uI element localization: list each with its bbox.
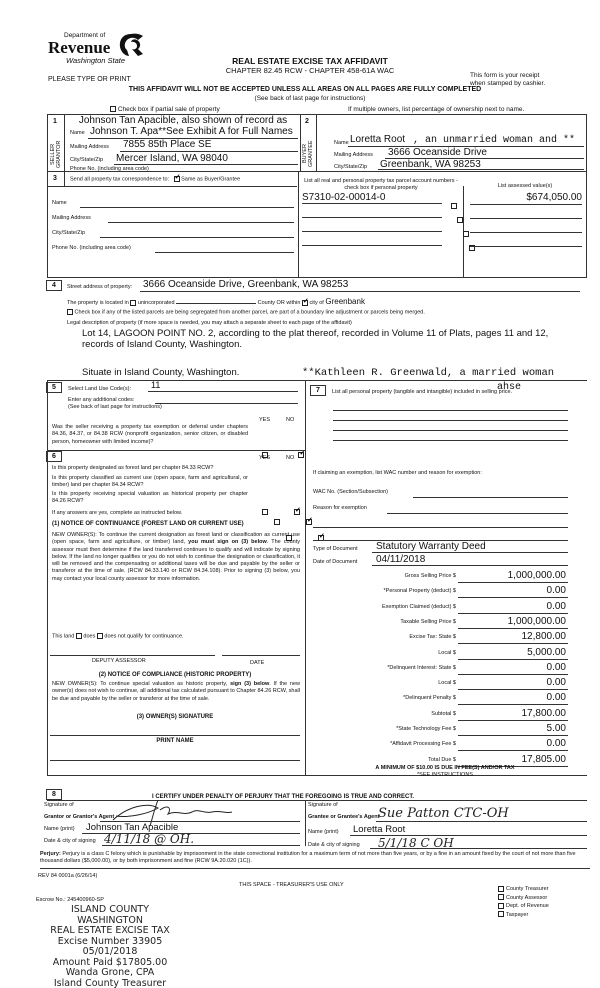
amount-label: *Delinquent Interest: State $ [310, 665, 456, 671]
amount-underline [458, 628, 568, 629]
personal-property-line-3[interactable] [333, 430, 568, 431]
amount-label: *Affidavit Processing Fee $ [310, 741, 456, 747]
additional-codes-label: Enter any additional codes: [68, 397, 134, 403]
continuance-row: This land does does not qualify for cont… [52, 633, 184, 639]
additional-codes-field[interactable] [155, 403, 298, 404]
form-revision: REV 84 0001a (6/26/14) [38, 873, 97, 879]
assessed-value-field[interactable]: $674,050.00 [470, 192, 582, 203]
form-subtitle: CHAPTER 82.45 RCW - CHAPTER 458-61A WAC [190, 66, 430, 75]
legal-description-label: Legal description of property (if more s… [67, 320, 352, 326]
seller-name-line1[interactable]: Johnson Tan Apacible, also shown of reco… [68, 115, 298, 126]
correspondence-phone-label: Phone No. (including area code) [52, 245, 131, 251]
segregated-row: Check box if any of the listed parcels a… [67, 309, 425, 315]
exemption-question: Was the seller receiving a property tax … [52, 424, 248, 446]
yes-header-5: YES [259, 417, 270, 423]
buyer-name-field[interactable]: Loretta Root [350, 134, 405, 145]
deputy-assessor-label: DEPUTY ASSESSOR [92, 658, 146, 664]
doc-type-label: Type of Document [313, 546, 358, 552]
grantee-signature[interactable]: Sue Patton CTC-OH [378, 806, 509, 821]
section-6-question: Is this property receiving special valua… [52, 491, 248, 506]
parcel-number-underline [302, 217, 442, 218]
correspondence-mailing-label: Mailing Address [52, 215, 91, 221]
correspondence-city-field[interactable] [100, 237, 294, 238]
amount-underline [458, 735, 568, 736]
seller-mailing-field[interactable]: 7855 85th Place SE [123, 139, 211, 150]
divider [298, 172, 299, 278]
see-back-note: (See back of last page for instructions) [190, 95, 430, 102]
buyer-grantee-label: BUYER GRANTEE [302, 140, 314, 168]
grantor-date-underline [102, 845, 300, 846]
street-underline [140, 291, 580, 292]
assessed-value-underline [470, 246, 582, 247]
buyer-name-label: Name [334, 140, 349, 146]
doc-type-underline [372, 552, 568, 553]
doc-date-label: Date of Document [313, 559, 357, 565]
parcel-number-underline [302, 231, 442, 232]
divider [40, 868, 590, 869]
seller-name-line2[interactable]: Johnson T. Apa**See Exhibit A for Full N… [90, 126, 293, 137]
personal-property-checkbox[interactable] [451, 203, 457, 209]
amount-label: *Personal Property (deduct) $ [310, 588, 456, 594]
grantor-sig-label-2: Grantor or Grantor's Agent [44, 814, 114, 820]
amount-underline [458, 720, 568, 721]
divider [64, 172, 65, 186]
copy-option: Taxpayer [498, 911, 549, 920]
stamp-line: Wanda Grone, CPA [40, 968, 180, 979]
seller-mailing-underline [120, 151, 298, 152]
copy-label: Dept. of Revenue [506, 903, 549, 909]
amount-underline [458, 674, 568, 675]
buyer-mailing-label: Mailing Address [334, 152, 373, 158]
amount-label: *Delinquent Penalty $ [310, 695, 456, 701]
copy-label: Taxpayer [506, 912, 528, 918]
doc-date-underline [372, 565, 568, 566]
print-name-field[interactable] [50, 760, 300, 761]
copy-label: County Treasurer [506, 886, 549, 892]
personal-property-line-4[interactable] [333, 440, 568, 441]
land-use-label: Select Land Use Code(s): [68, 386, 131, 392]
assessor-date-field[interactable] [222, 655, 300, 656]
copy-option: County Assessor [498, 894, 549, 903]
legal-line-2[interactable]: records of Island County, Washington. [82, 339, 242, 350]
additional-codes-note: (See back of last page for instructions) [68, 404, 162, 410]
located-row: The property is located in unincorporate… [67, 297, 365, 306]
divider [305, 800, 306, 846]
owner-signature-field[interactable] [50, 735, 300, 736]
seller-grantor-label: SELLER GRANTOR [50, 140, 62, 168]
parcel-list: S7310-02-00014-0$674,050.00 [0, 0, 600, 18]
amount-underline [458, 689, 568, 690]
no-header-6: NO [286, 455, 294, 461]
buyer-city-label: City/State/Zip [334, 164, 367, 170]
situate-line[interactable]: Situate in Island County, Washington. [82, 367, 239, 378]
amount-underline [458, 659, 568, 660]
deputy-assessor-signature[interactable] [50, 655, 215, 656]
amount-value[interactable]: 17,805.00 [460, 754, 566, 765]
reason-label: Reason for exemption [313, 505, 367, 511]
copy-option: County Treasurer [498, 885, 549, 894]
warning-banner: THIS AFFIDAVIT WILL NOT BE ACCEPTED UNLE… [90, 86, 520, 93]
wac-field[interactable] [413, 497, 568, 498]
grantor-date-field[interactable]: 4/11/18 @ OH. [104, 832, 194, 846]
stamp-line: Island County Treasurer [40, 979, 180, 988]
buyer-mailing-field[interactable]: 3666 Oceanside Drive [388, 147, 487, 158]
buyer-city-underline [378, 169, 584, 170]
seller-city-field[interactable]: Mercer Island, WA 98040 [116, 153, 228, 164]
amount-value[interactable]: 5.00 [460, 723, 566, 734]
notice-1-title: (1) NOTICE OF CONTINUANCE (FOREST LAND O… [52, 521, 244, 527]
correspondence-name-field[interactable] [80, 207, 294, 208]
unincorporated-checkbox[interactable] [130, 300, 136, 306]
divider [47, 380, 48, 775]
see-instructions: *SEE INSTRUCTIONS [305, 772, 585, 778]
amount-value[interactable]: 0.00 [460, 601, 566, 612]
divider [300, 114, 301, 172]
grantee-name-label: Name (print) [308, 829, 339, 835]
assessed-value-underline [470, 218, 582, 219]
escrow-row: Escrow No.: 245400960-SP [36, 897, 104, 903]
personal-property-line-1[interactable] [333, 410, 568, 411]
question-yes-checkbox[interactable] [262, 509, 268, 515]
question-no-checkbox[interactable] [294, 509, 300, 515]
amount-label: Total Due $ [310, 757, 456, 763]
owner-signature-label: (3) OWNER(S) SIGNATURE [50, 714, 300, 720]
notice-2-text: NEW OWNER(S): To continue special valuat… [52, 681, 300, 703]
grantor-date-label: Date & city of signing [44, 838, 96, 844]
personal-property-label: List all personal property (tangible and… [332, 389, 512, 395]
assessed-value-underline [470, 204, 582, 205]
parcel-number-underline [302, 203, 442, 204]
seller-name-label: Name [70, 130, 85, 136]
copy-checkbox[interactable] [498, 894, 504, 900]
segregated-checkbox[interactable] [67, 309, 73, 315]
amount-value[interactable]: 1,000,000.00 [460, 616, 566, 627]
amount-value[interactable]: 12,800.00 [460, 631, 566, 642]
amount-value[interactable]: 0.00 [460, 692, 566, 703]
copy-distribution: County TreasurerCounty AssessorDept. of … [498, 885, 549, 919]
personal-property-checkbox[interactable] [463, 231, 469, 237]
stamp-line: REAL ESTATE EXCISE TAX [40, 926, 180, 937]
correspondence-phone-field[interactable] [155, 252, 294, 253]
divider [305, 380, 306, 775]
section-2-number: 2 [305, 118, 309, 125]
amount-label: Excise Tax: State $ [310, 634, 456, 640]
doc-type-field[interactable]: Statutory Warranty Deed [376, 541, 486, 552]
doc-date-field[interactable]: 04/11/2018 [376, 554, 425, 565]
seller-mailing-label: Mailing Address [70, 144, 109, 150]
notice-1-text: NEW OWNER(S): To continue the current de… [52, 532, 300, 583]
perjury-notice: Perjury: Perjury is a class C felony whi… [40, 851, 590, 865]
treasurer-use: THIS SPACE - TREASURER'S USE ONLY [239, 882, 344, 888]
seller-city-underline [114, 164, 298, 165]
land-use-field[interactable]: 11 [151, 380, 160, 390]
partial-sale: Check box if partial sale of property [110, 106, 220, 113]
reason-field[interactable] [387, 513, 568, 514]
reason-field-line-2[interactable] [313, 527, 568, 528]
amount-underline [458, 613, 568, 614]
parcel-header: List all real and personal property tax … [300, 178, 462, 191]
amount-underline [458, 582, 568, 583]
seller-city-label: City/State/Zip [70, 157, 103, 163]
section-8-number: 8 [46, 789, 62, 800]
treasurer-stamp: ISLAND COUNTY WASHINGTONREAL ESTATE EXCI… [40, 905, 180, 988]
stamp-line: ISLAND COUNTY WASHINGTON [40, 905, 180, 926]
question-yes-checkbox[interactable] [274, 519, 280, 525]
exemption-intro: If claiming an exemption, list WAC numbe… [313, 470, 482, 476]
grantee-date-underline [370, 848, 587, 849]
assessed-value-underline [470, 232, 582, 233]
copy-label: County Assessor [506, 895, 547, 901]
section-3-number: 3 [53, 175, 57, 182]
amount-value[interactable]: 0.00 [460, 738, 566, 749]
no-header-5: NO [286, 417, 294, 423]
land-use-underline [148, 391, 298, 392]
stamp-line: 05/01/2018 [40, 947, 180, 958]
typed-overlap: ahse [497, 382, 521, 393]
amount-label: Subtotal $ [310, 711, 456, 717]
section-7-number: 7 [310, 385, 326, 396]
divider [64, 114, 65, 172]
question-no-checkbox[interactable] [306, 519, 312, 525]
personal-property-line-2[interactable] [333, 420, 568, 421]
amount-underline [458, 750, 568, 751]
amount-underline [458, 643, 568, 644]
typed-addendum: **Kathleen R. Greenwald, a married woman [302, 367, 554, 379]
section-6-question: Is this property classified as current u… [52, 475, 248, 490]
section-1-number: 1 [53, 118, 57, 125]
section-4-number: 4 [46, 280, 62, 291]
does-not-qualify-checkbox[interactable] [97, 633, 103, 639]
correspondence-name-label: Name [52, 200, 67, 206]
amount-value[interactable]: 5,000.00 [460, 647, 566, 658]
grantee-sig-label-1: Signature of [308, 802, 338, 808]
copy-checkbox[interactable] [498, 886, 504, 892]
amount-label: Local $ [310, 650, 456, 656]
copy-option: Dept. of Revenue [498, 902, 549, 911]
buyer-name-typed: , an unmarried woman and ** [413, 135, 575, 146]
amount-value[interactable]: 0.00 [460, 677, 566, 688]
amount-label: Local $ [310, 680, 456, 686]
section-6-number: 6 [46, 451, 62, 462]
city-field[interactable]: Greenbank [325, 297, 365, 306]
amount-label: Gross Selling Price $ [310, 573, 456, 579]
if-yes-note: If any answers are yes, complete as inst… [52, 510, 182, 516]
parcel-number-field[interactable]: S7310-02-00014-0 [302, 192, 385, 203]
section-6-question: Is this property designated as forest la… [52, 465, 248, 472]
correspondence-city-label: City/State/Zip [52, 230, 85, 236]
divider [316, 114, 317, 172]
amount-label: Taxable Selling Price $ [310, 619, 456, 625]
amount-value[interactable]: 1,000,000.00 [460, 570, 566, 581]
grantor-name-label: Name (print) [44, 826, 75, 832]
amount-underline [458, 704, 568, 705]
divider [47, 450, 305, 451]
amount-value[interactable]: 0.00 [460, 662, 566, 673]
wac-label: WAC No. (Section/Subsection) [313, 489, 388, 495]
minimum-note: A MINIMUM OF $10.00 IS DUE IN FEE(S) AND… [305, 765, 585, 771]
grantee-name-field[interactable]: Loretta Root [353, 824, 405, 835]
legal-line-1[interactable]: Lot 14, LAGOON POINT NO. 2, according to… [82, 328, 548, 339]
form-title: REAL ESTATE EXCISE TAX AFFIDAVIT [190, 56, 430, 66]
multiple-owners-note: If multiple owners, list percentage of o… [348, 106, 524, 113]
yes-header-6: YES [259, 455, 270, 461]
correspondence-mailing-field[interactable] [108, 222, 294, 223]
revenue-logo: Department of Revenue Washington State [40, 30, 150, 80]
copy-checkbox[interactable] [498, 903, 504, 909]
exemption-no-checkbox[interactable] [298, 452, 304, 458]
does-qualify-checkbox[interactable] [76, 633, 82, 639]
receipt-note-1: This form is your receipt [470, 72, 539, 79]
amount-label: *State Technology Fee $ [310, 726, 456, 732]
assessor-date-label: DATE [250, 660, 264, 666]
section-5-number: 5 [46, 382, 62, 393]
revenue-swirl-icon [117, 32, 145, 58]
grantee-signature-line [376, 821, 587, 822]
grantor-sig-label-1: Signature of [44, 802, 74, 808]
same-as-buyer-checkbox[interactable] [174, 176, 180, 182]
print-name-label: PRINT NAME [50, 738, 300, 744]
please-type: PLEASE TYPE OR PRINT [48, 76, 131, 83]
send-correspondence: Send all property tax correspondence to:… [70, 176, 240, 182]
personal-property-checkbox[interactable] [457, 217, 463, 223]
notice-2-title: (2) NOTICE OF COMPLIANCE (HISTORIC PROPE… [50, 672, 300, 678]
amount-underline [458, 597, 568, 598]
divider [47, 186, 297, 187]
divider [47, 380, 587, 381]
city-checkbox[interactable] [302, 300, 308, 306]
street-field[interactable]: 3666 Oceanside Drive, Greenbank, WA 9825… [143, 279, 348, 290]
partial-sale-checkbox[interactable] [110, 106, 116, 112]
logo-revenue: Revenue [48, 38, 110, 58]
amount-value[interactable]: 0.00 [460, 585, 566, 596]
amount-value[interactable]: 17,800.00 [460, 708, 566, 719]
street-label: Street address of property: [67, 284, 132, 290]
county-field[interactable] [176, 303, 256, 304]
parcel-number-underline [302, 245, 442, 246]
amount-label: Exemption Claimed (deduct) $ [310, 604, 456, 610]
grantee-date-label: Date & city of signing [308, 842, 360, 848]
assessed-header: List assessed value(s) [465, 183, 585, 189]
grantee-sig-label-2: Grantee or Grantee's Agent [308, 814, 379, 820]
copy-checkbox[interactable] [498, 911, 504, 917]
